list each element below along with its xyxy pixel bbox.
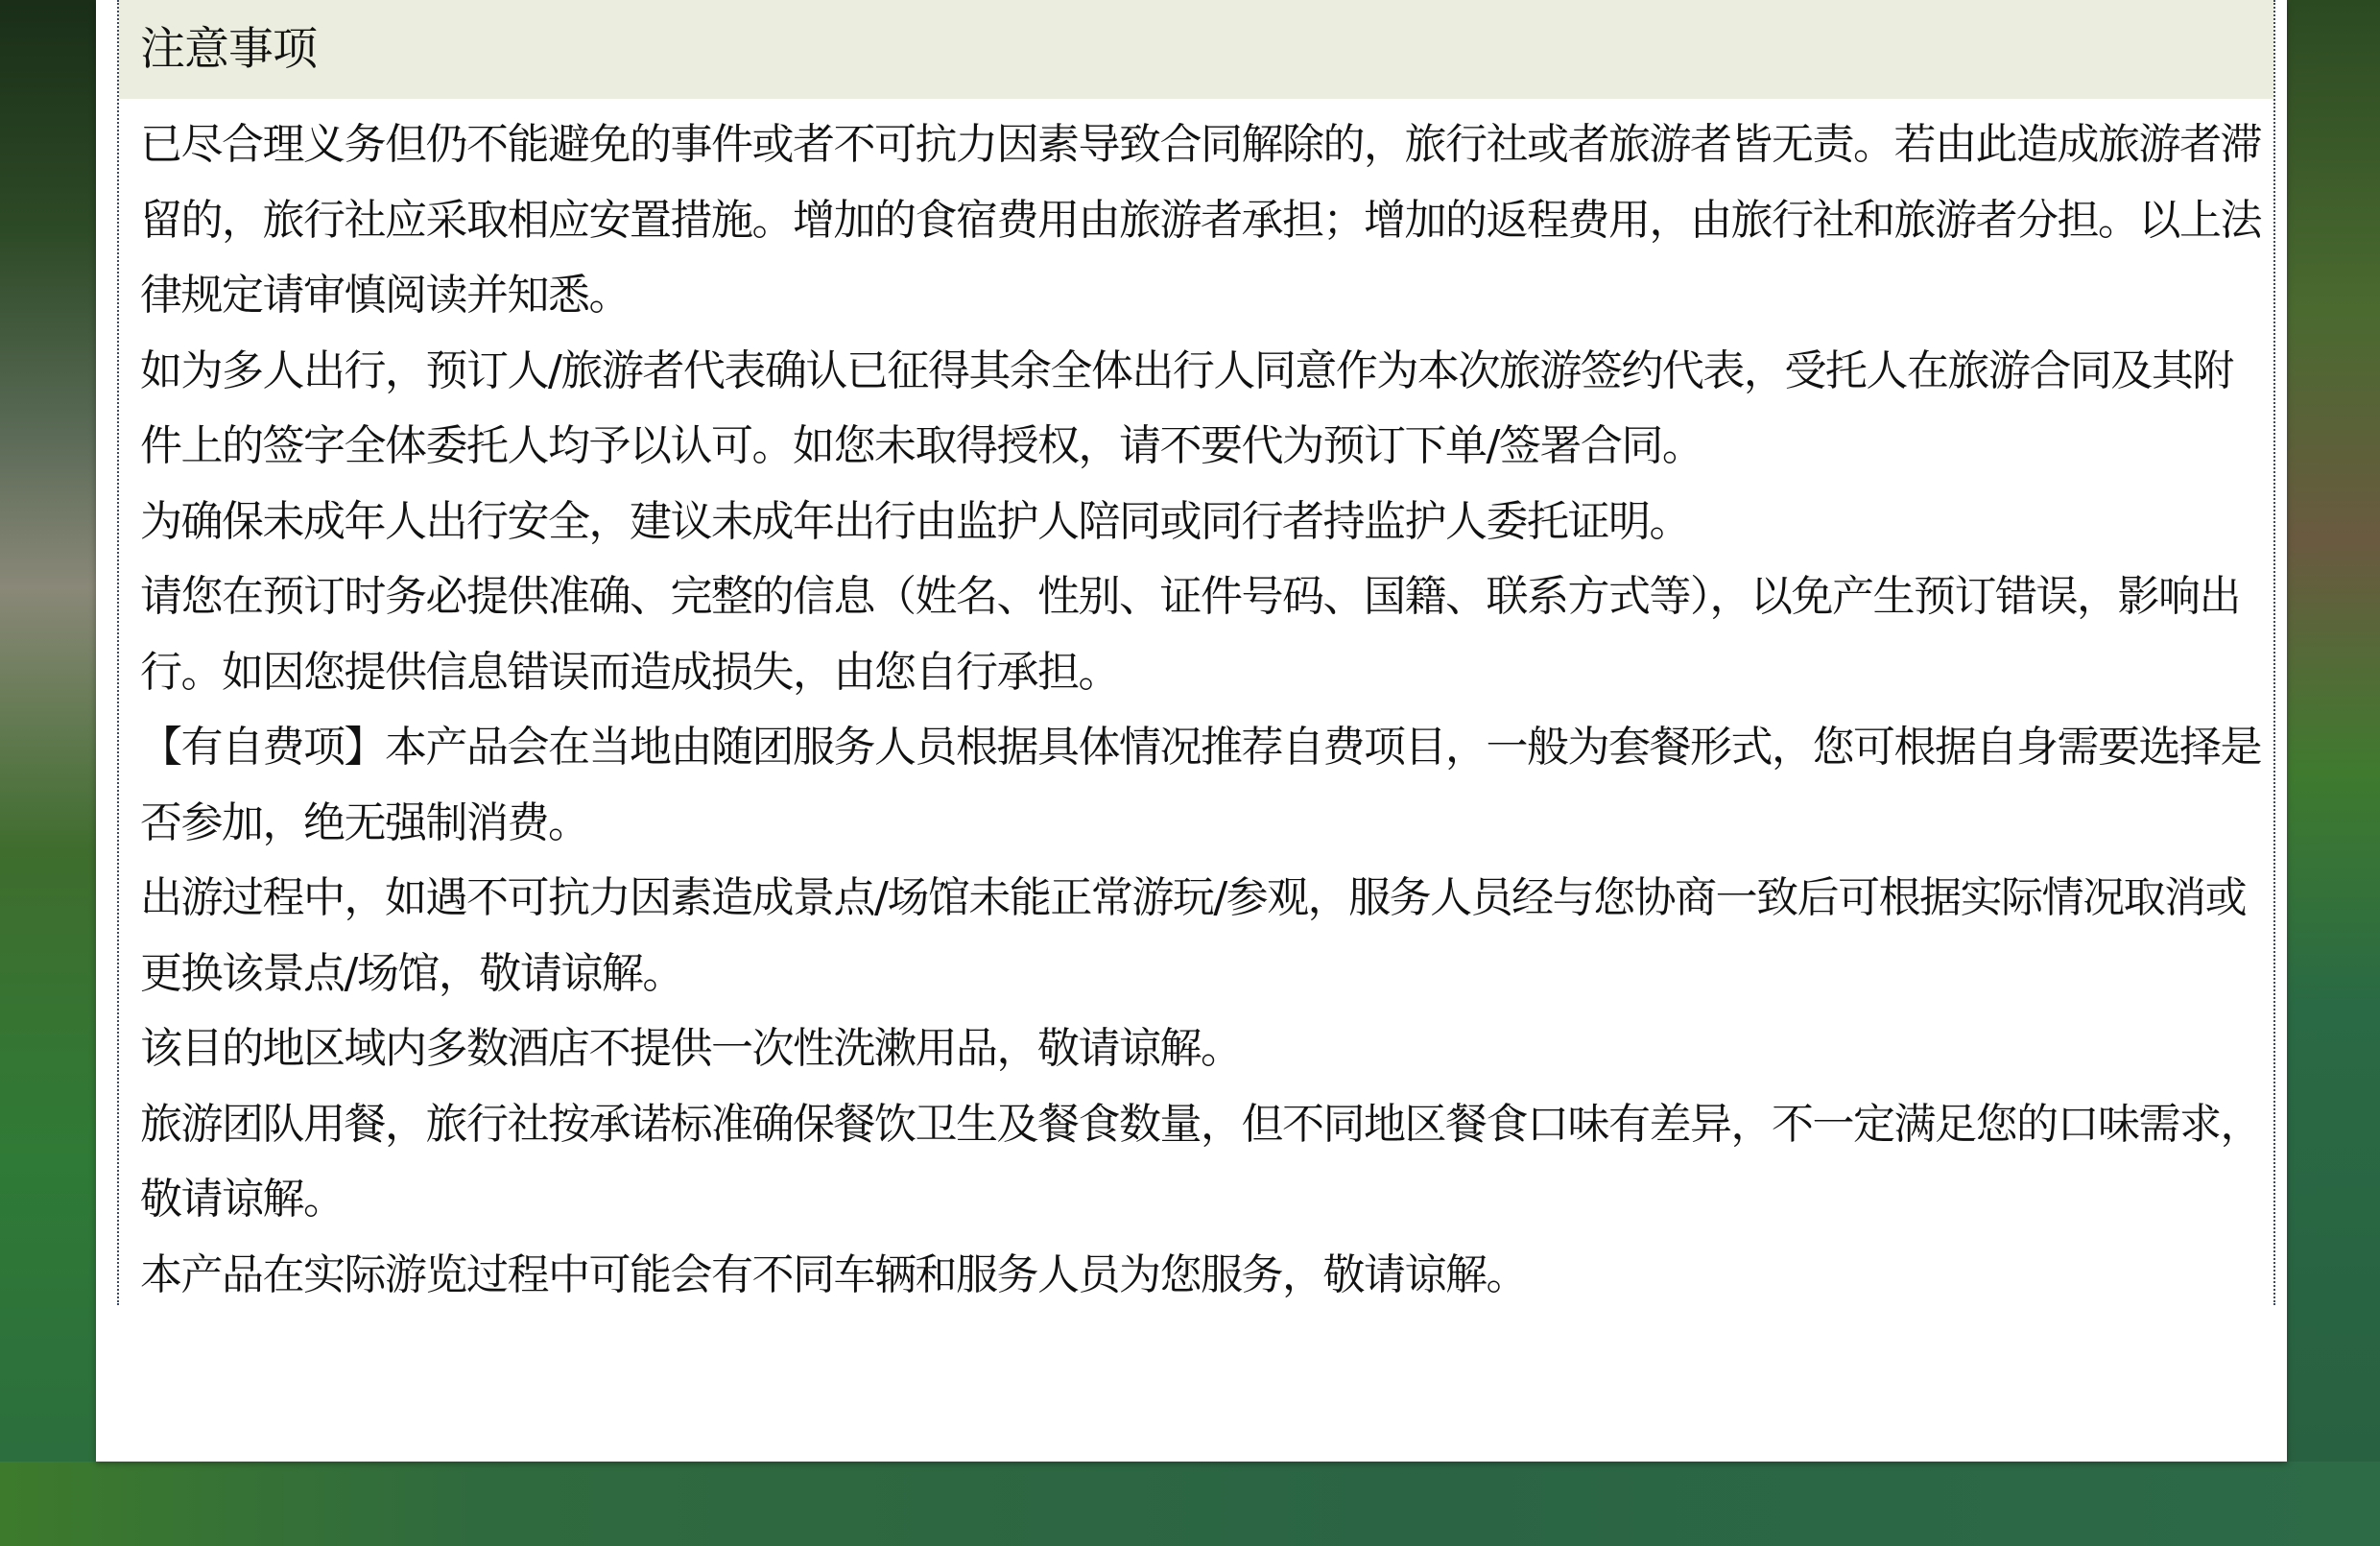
notice-paragraph-force-majeure: 已尽合理义务但仍不能避免的事件或者不可抗力因素导致合同解除的，旅行社或者旅游者皆… (140, 107, 2261, 334)
notice-frame: 注意事项 已尽合理义务但仍不能避免的事件或者不可抗力因素导致合同解除的，旅行社或… (117, 0, 2275, 1305)
background-photo-bottom (0, 1462, 2380, 1546)
notice-body: 已尽合理义务但仍不能避免的事件或者不可抗力因素导致合同解除的，旅行社或者旅游者皆… (140, 107, 2261, 1313)
notice-paragraph-vehicles-staff: 本产品在实际游览过程中可能会有不同车辆和服务人员为您服务，敬请谅解。 (140, 1238, 2261, 1314)
notice-title: 注意事项 (140, 21, 317, 79)
notice-paragraph-meals: 旅游团队用餐，旅行社按承诺标准确保餐饮卫生及餐食数量，但不同地区餐食口味有差异，… (140, 1087, 2261, 1238)
background-photo-left (0, 0, 96, 1546)
notice-paragraph-optional-costs: 【有自费项】本产品会在当地由随团服务人员根据具体情况推荐自费项目，一般为套餐形式… (140, 710, 2261, 861)
background-photo-right (2287, 0, 2380, 1546)
notice-paragraph-attraction-changes: 出游过程中，如遇不可抗力因素造成景点/场馆未能正常游玩/参观，服务人员经与您协商… (140, 861, 2261, 1011)
notice-paragraph-toiletries: 该目的地区域内多数酒店不提供一次性洗漱用品，敬请谅解。 (140, 1011, 2261, 1087)
notice-paragraph-booking-info: 请您在预订时务必提供准确、完整的信息（姓名、性别、证件号码、国籍、联系方式等），… (140, 559, 2261, 710)
notice-header: 注意事项 (119, 0, 2273, 99)
notice-paragraph-minors: 为确保未成年人出行安全，建议未成年出行由监护人陪同或同行者持监护人委托证明。 (140, 485, 2261, 560)
notice-panel: 注意事项 已尽合理义务但仍不能避免的事件或者不可抗力因素导致合同解除的，旅行社或… (96, 0, 2287, 1462)
notice-paragraph-group-representative: 如为多人出行，预订人/旅游者代表确认已征得其余全体出行人同意作为本次旅游签约代表… (140, 334, 2261, 485)
